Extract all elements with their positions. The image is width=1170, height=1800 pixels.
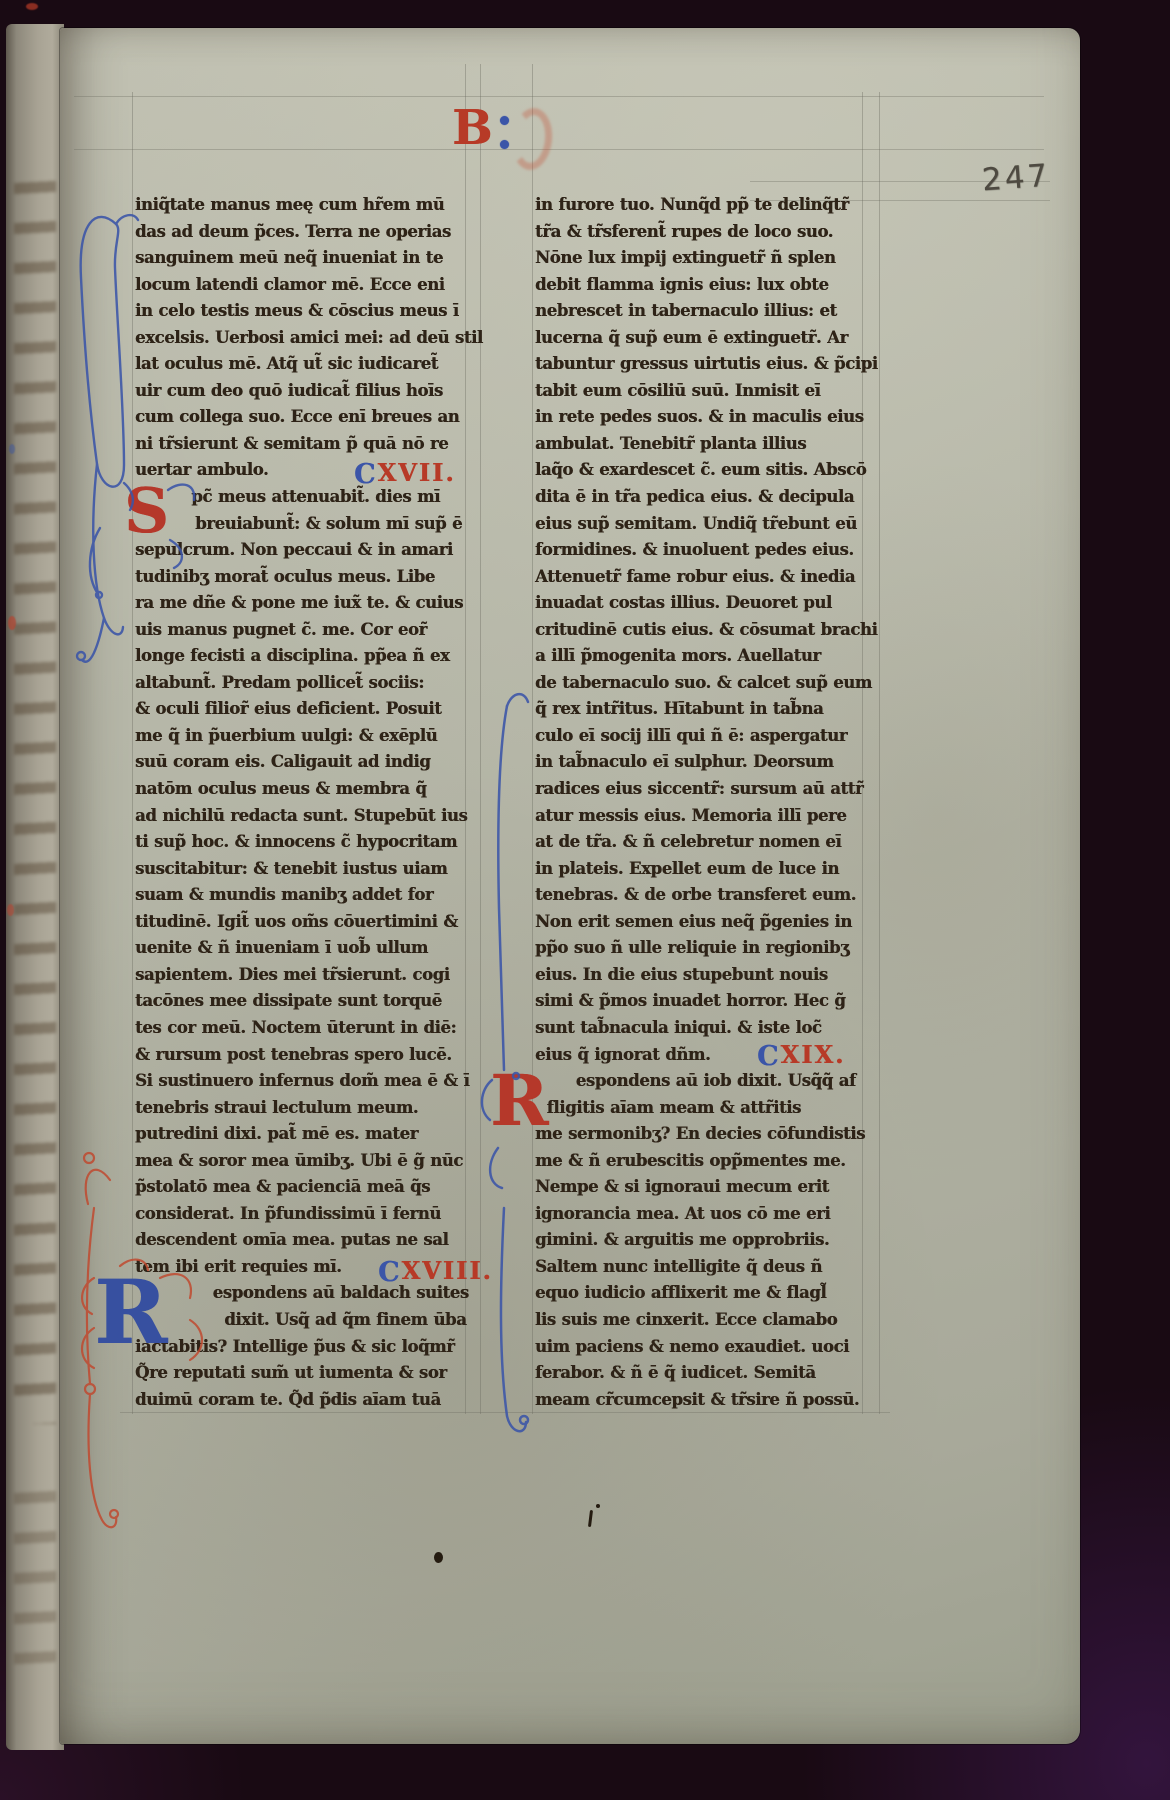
chapter-mark-xvii: CXVII. (354, 458, 456, 490)
manuscript-text-line: excelsis. Uerbosi amici mei: ad deū stil (135, 325, 467, 352)
manuscript-text-line: considerat. In p̃fundissimū ī fernū (135, 1201, 467, 1228)
manuscript-text-line: mea & soror mea ūmibʒ. Ubi ē g̃ nūc (135, 1148, 467, 1175)
manuscript-text-line: sapientem. Dies mei tr̃sierunt. cogi (135, 962, 467, 989)
manuscript-text-line: me q̃ in p̃uerbium uulgi: & exēplū (135, 723, 467, 750)
illuminated-initial-s: S (124, 480, 169, 542)
manuscript-text-line: ambulat. Tenebitr̃ planta illius (535, 431, 867, 458)
manuscript-text-line: suū coram eis. Caligauit ad indig (135, 749, 467, 776)
manuscript-text-line: me & ñ erubescitis opp̃mentes me. (535, 1148, 867, 1175)
manuscript-text-line: p̃stolatō mea & pacienciā meā q̃s (135, 1174, 467, 1201)
ruling-line (879, 92, 880, 1414)
manuscript-text-line: tenebris straui lectulum meum. (135, 1095, 467, 1122)
manuscript-text-line: inuadat costas illius. Deuoret pul (535, 590, 867, 617)
manuscript-text-line: uenite & ñ inueniam ī uob̃ ullum (135, 935, 467, 962)
previous-page-showthrough-text (14, 1464, 56, 1684)
chapter-mark-xviii: CXVIII. (378, 1256, 493, 1288)
running-title-ornament-dots (500, 116, 510, 156)
manuscript-text-line: dixit. Usq̃ ad q̃m finem ūba (135, 1307, 467, 1334)
manuscript-text-line: Nempe & si ignoraui mecum erit (535, 1174, 867, 1201)
manuscript-text-line: equo iudicio afflixerit me & flagl̃ (535, 1280, 867, 1307)
manuscript-text-line: gimini. & arguitis me opprobriis. (535, 1227, 867, 1254)
manuscript-text-line: culo eī socij illī qui ñ ē: aspergatur (535, 723, 867, 750)
paraph-icon: C (378, 1257, 396, 1288)
manuscript-text-line: eius. In die eius stupebunt nouis (535, 962, 867, 989)
manuscript-text-line: nebrescet in tabernaculo illius: et (535, 298, 867, 325)
red-flourish-speck (8, 616, 16, 630)
manuscript-text-line: dita ē in tr̃a pedica eius. & decipula (535, 484, 867, 511)
manuscript-text-line: sunt tab̃nacula iniqui. & iste loc̃ (535, 1015, 867, 1042)
manuscript-text-line: lat oculus mē. Atq̃ ut̃ sic iudicaret̃ (135, 351, 467, 378)
manuscript-text-line: duimū coram te. Q̃d p̃dis aīam tuā (135, 1387, 467, 1414)
ink-speck (596, 1504, 600, 1508)
folio-number: 247 (981, 158, 1052, 199)
illuminated-initial-r-ch18: R (94, 1268, 167, 1356)
manuscript-text-line: iniq̃tate manus meę cum hr̃em mū (135, 192, 467, 219)
manuscript-text-line: formidines. & inuoluent pedes eius. (535, 537, 867, 564)
manuscript-text-line: cum collega suo. Ecce enī breues an (135, 404, 467, 431)
manuscript-text-line: ignorancia mea. At uos cō me eri (535, 1201, 867, 1228)
manuscript-text-line: Attenuetr̃ fame robur eius. & inedia (535, 564, 867, 591)
manuscript-text-line: a illī p̃mogenita mors. Auellatur (535, 643, 867, 670)
manuscript-text-line: simi & p̃mos inuadet horror. Hec g̃ (535, 988, 867, 1015)
manuscript-text-line: tabit eum cōsiliū suū. Inmisit eī (535, 378, 867, 405)
manuscript-page: B 247 iniq̃tate manus meę cum hr̃em mūda… (60, 28, 1080, 1744)
running-title-offset-ghost (509, 106, 555, 172)
manuscript-text-line: altabunt̃. Predam pollicet̃ sociis: (135, 670, 467, 697)
manuscript-text-line: ad nichilū redacta sunt. Stupebūt ius (135, 803, 467, 830)
manuscript-text-line: tenebras. & de orbe transferet eum. (535, 882, 867, 909)
manuscript-text-line: tacōnes mee dissipate sunt torquē (135, 988, 467, 1015)
manuscript-text-line: Saltem nunc intelligite q̃ deus ñ (535, 1254, 867, 1281)
manuscript-text-line: sepulcrum. Non peccaui & in amari (135, 537, 467, 564)
manuscript-text-line: Nōne lux impij extinguetr̃ ñ splen (535, 245, 867, 272)
ruling-line (480, 64, 481, 1414)
manuscript-text-line: q̃ rex intr̃itus. Hītabunt in tab̃na (535, 696, 867, 723)
manuscript-text-line: lucerna q̃ sup̃ eum ē extinguetr̃. Ar (535, 325, 867, 352)
previous-page-showthrough-text (14, 154, 56, 1424)
manuscript-text-line: & rursum post tenebras spero lucē. (135, 1042, 467, 1069)
manuscript-text-line: Si sustinuero infernus dom̃ mea ē & ī (135, 1068, 467, 1095)
paraph-icon: C (354, 459, 372, 490)
manuscript-text-line: atur messis eius. Memoria illī pere (535, 803, 867, 830)
ruling-line (74, 149, 1044, 150)
paraph-icon: C (757, 1041, 775, 1072)
manuscript-text-line: fligitis aīam meam & attr̃itis (535, 1095, 867, 1122)
manuscript-text-line: putredini dixi. pat̃ mē es. mater (135, 1121, 467, 1148)
manuscript-text-line: debit flamma ignis eius: lux obte (535, 272, 867, 299)
manuscript-text-line: suscitabitur: & tenebit iustus uiam (135, 856, 467, 883)
illuminated-initial-r-ch19: R (490, 1066, 548, 1136)
manuscript-text-line: laq̃o & exardescet c̃. eum sitis. Abscō (535, 457, 867, 484)
manuscript-text-line: tudinibʒ morat̃ oculus meus. Libe (135, 564, 467, 591)
previous-page-edge (6, 24, 64, 1750)
manuscript-text-line: sanguinem meū neq̃ inueniat in te (135, 245, 467, 272)
manuscript-text-line: tes cor meū. Noctem ūterunt in diē: (135, 1015, 467, 1042)
manuscript-text-line: natōm oculus meus & membra q̃ (135, 776, 467, 803)
manuscript-text-line: ferabor. & ñ ē q̃ iudicet. Semitā (535, 1360, 867, 1387)
manuscript-text-line: ni tr̃sierunt & semitam p̃ quā nō re (135, 431, 467, 458)
manuscript-text-line: at de tr̃a. & ñ celebretur nomen eī (535, 829, 867, 856)
manuscript-text-line: ra me dñe & pone me iux̃ te. & cuius (135, 590, 467, 617)
red-flourish-speck (7, 904, 14, 916)
manuscript-text-line: iactabitis? Intellige p̃us & sic loq̃mr̃ (135, 1334, 467, 1361)
manuscript-text-line: suam & mundis manibʒ addet for (135, 882, 467, 909)
manuscript-text-line: in furore tuo. Nunq̃d pp̃ te delinq̃tr̃ (535, 192, 867, 219)
manuscript-text-line: in celo testis meus & cōscius meus ī (135, 298, 467, 325)
manuscript-text-line: tabuntur gressus uirtutis eius. & p̃cipi (535, 351, 867, 378)
manuscript-text-line: locum latendi clamor mē. Ecce eni (135, 272, 467, 299)
manuscript-text-line: espondens aū iob dixit. Usq̃q̃ af (535, 1068, 867, 1095)
manuscript-text-line: longe fecisti a disciplina. pp̃ea ñ ex (135, 643, 467, 670)
ink-speck (434, 1552, 443, 1563)
chapter-mark-xix: CXIX. (757, 1040, 845, 1072)
manuscript-text-line: critudinē cutis eius. & cōsumat brachi (535, 617, 867, 644)
manuscript-text-line: me sermonibʒ? En decies cōfundistis (535, 1121, 867, 1148)
manuscript-text-line: descendent omīa mea. putas ne sal (135, 1227, 467, 1254)
manuscript-text-line: uis manus pugnet c̃. me. Cor eor̃ (135, 617, 467, 644)
ruling-line (74, 96, 1044, 97)
ruling-line (532, 64, 533, 1414)
manuscript-text-line: lis suis me cinxerit. Ecce clamabo (535, 1307, 867, 1334)
manuscript-text-line: radices eius siccentr̃: sursum aū attr̃ (535, 776, 867, 803)
manuscript-text-line: in plateis. Expellet eum de luce in (535, 856, 867, 883)
manuscript-text-line: tr̃a & tr̃sferent̃ rupes de loco suo. (535, 219, 867, 246)
manuscript-text-line: uir cum deo quō iudicat̃ filius hoīs (135, 378, 467, 405)
manuscript-text-line: in tab̃naculo eī sulphur. Deorsum (535, 749, 867, 776)
red-edge-mark (26, 3, 38, 10)
manuscript-text-line: titudinē. Igit̃ uos om̃s cōuertimini & (135, 909, 467, 936)
blue-flourish-speck (9, 444, 15, 454)
running-title: B (452, 100, 493, 160)
manuscript-text-line: Q̃re reputati sum̃ ut iumenta & sor (135, 1360, 467, 1387)
text-column-right: in furore tuo. Nunq̃d pp̃ te delinq̃tr̃t… (535, 192, 877, 1413)
manuscript-text-line: breuiabunt̃: & solum mī sup̃ ē (135, 511, 467, 538)
manuscript-text-line: das ad deum p̃ces. Terra ne operias (135, 219, 467, 246)
ruling-line (132, 92, 133, 1414)
manuscript-text-line: uim paciens & nemo exaudiet. uoci (535, 1334, 867, 1361)
manuscript-text-line: pp̃o suo ñ ulle reliquie in regionibʒ (535, 935, 867, 962)
ink-speck (588, 1510, 593, 1527)
text-column-left: iniq̃tate manus meę cum hr̃em mūdas ad d… (135, 192, 477, 1413)
manuscript-text-line: meam cr̃cumcepsit & tr̃sire ñ possū. (535, 1387, 867, 1414)
manuscript-text-line: de tabernaculo suo. & calcet sup̃ eum (535, 670, 867, 697)
manuscript-text-line: eius sup̃ semitam. Undiq̃ tr̃ebunt eū (535, 511, 867, 538)
manuscript-text-line: Non erit semen eius neq̃ p̃genies in (535, 909, 867, 936)
manuscript-text-line: ti sup̃ hoc. & innocens c̃ hypocritam (135, 829, 467, 856)
manuscript-text-line: & oculi filior̃ eius deficient. Posuit (135, 696, 467, 723)
manuscript-text-line: in rete pedes suos. & in maculis eius (535, 404, 867, 431)
